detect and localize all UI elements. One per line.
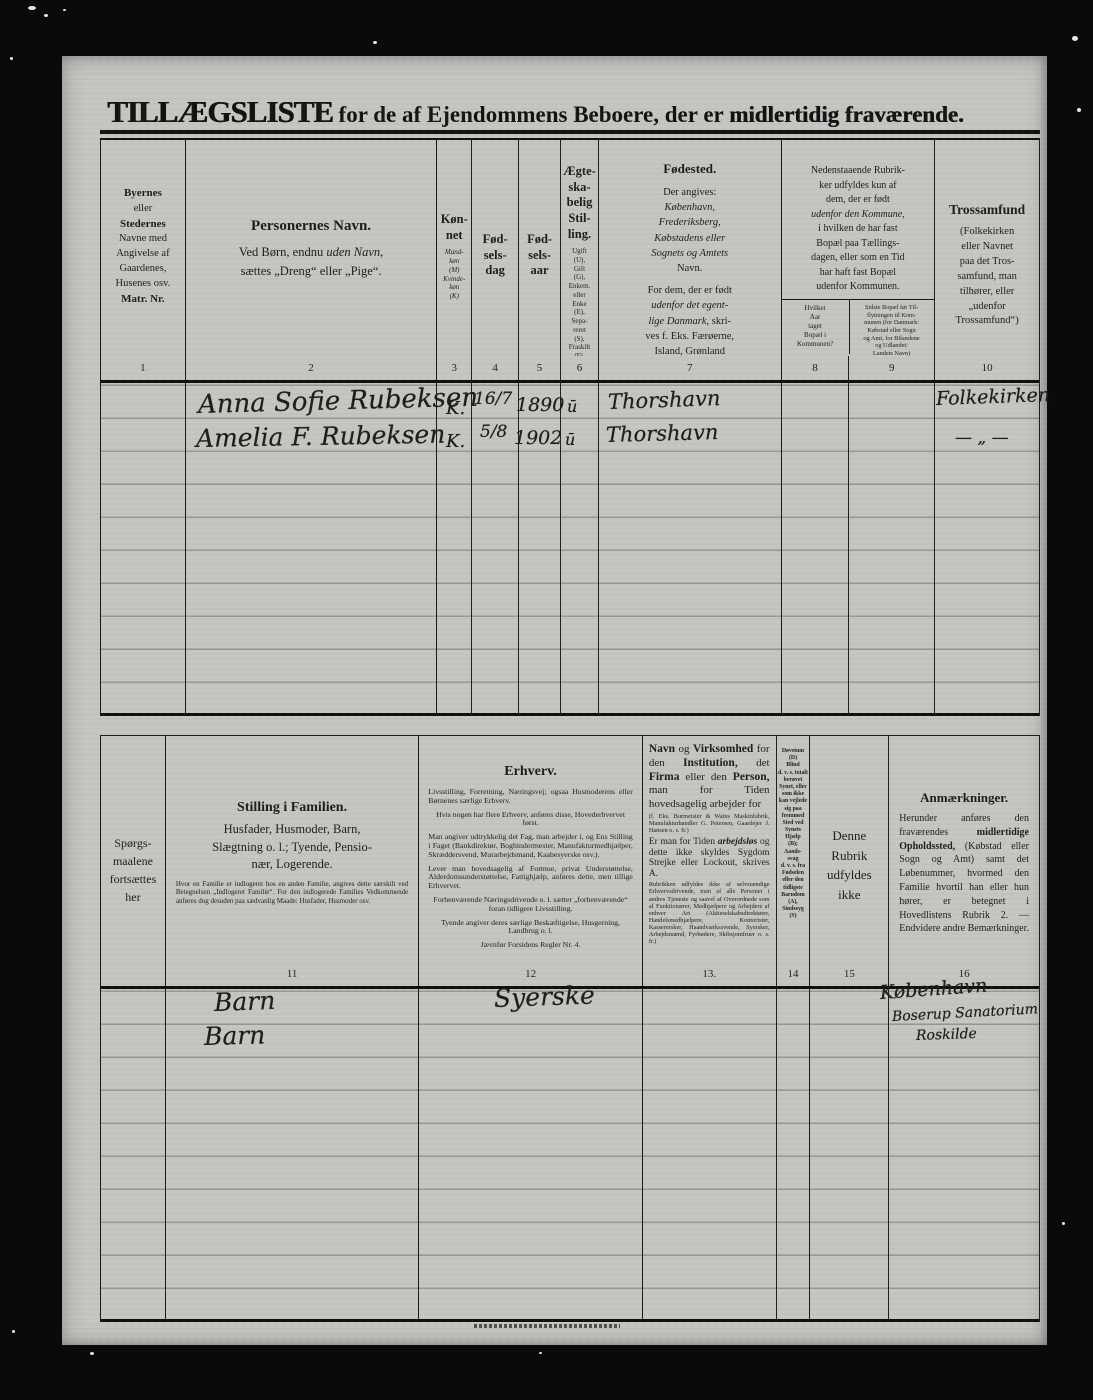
dust-speck (12, 1330, 15, 1333)
col16-text: (Købstad eller Sogn og Amt) samt det Løb… (899, 841, 1029, 935)
col-number-13: 13. (643, 962, 777, 986)
col7-paragraph1: Der angives: København, Frederiksberg, K… (599, 185, 781, 276)
col2-sub-text: Ved Børn, endnu (239, 245, 327, 259)
form-page: TILLÆGSLISTE for de af Ejendommens Beboe… (62, 56, 1047, 1345)
dust-speck (90, 1352, 94, 1355)
continuation-label-cell: Spørgs- maalene fortsættes her (101, 736, 166, 962)
handwritten-status-row1: ū (567, 397, 577, 416)
col-number-2: 2 (186, 356, 437, 380)
handwritten-birthyear-row1: 1890 (516, 394, 564, 416)
col14-header-disabilities: Døvstum (D) Blind d. v. s. totalt berøve… (777, 736, 811, 962)
col7-title: Fødested. (599, 160, 781, 179)
col13-text: eller den (679, 771, 732, 783)
form-title-brand: TILLÆGSLISTE (107, 94, 333, 129)
col13-italic: arbejdsløs (718, 837, 758, 847)
col-number-5: 5 (519, 356, 561, 380)
col1-line: eller (101, 202, 185, 217)
dust-speck (1077, 108, 1081, 112)
col-number-3: 3 (437, 356, 472, 380)
col2-header-name: Personernes Navn. Ved Børn, endnu uden N… (186, 140, 437, 356)
handwritten-occupation-row1: Syerske (493, 980, 595, 1012)
col8-9-italic: udenfor den Kommune, (811, 209, 905, 220)
handwritten-birthplace-row2: Thorshavn (606, 420, 719, 447)
col8-subheader: Hvilket Aar taget Bopæl i Kommunen? (782, 300, 850, 354)
col2-subtitle: Ved Børn, endnu uden Navn, sættes „Dreng… (186, 243, 436, 282)
col6-title: Ægte- ska- belig Stil- ling. (561, 164, 598, 242)
col13-text: Er man for Tiden (649, 837, 718, 847)
col1-header-place: Byernes eller Stedernes Navne med Angive… (101, 140, 186, 356)
col7-text: Navn. (677, 263, 702, 274)
col4-header-birthday: Fød- sels- dag (472, 140, 519, 356)
col2-sub-text: , (380, 245, 383, 259)
col13-bold: Virksomhed (693, 743, 753, 755)
dust-speck (1062, 1222, 1065, 1225)
col5-title: Fød- sels- aar (519, 232, 560, 279)
col13-header-employer: Navn og Virksomhed for den Institution, … (643, 736, 777, 962)
continuation-label: Spørgs- maalene fortsættes her (101, 834, 165, 906)
col10-header-religion: Trossamfund (Folkekirken eller Navnet pa… (935, 140, 1039, 356)
col-number-blank (101, 962, 166, 986)
handwritten-religion-row1: Folkekirken (936, 384, 1051, 410)
col2-title: Personernes Navn. (186, 218, 436, 235)
col15-header-not-filled: Denne Rubrik udfyldes ikke (810, 736, 889, 962)
col13-text: og (675, 743, 693, 755)
handwritten-name-row2: Amelia F. Rubeksen (196, 420, 446, 453)
col3-fine-print: Mand- køn (M) Kvinde- køn (K) (437, 248, 471, 301)
col13-paragraph: Er man for Tiden arbejdsløs og dette ikk… (649, 837, 770, 880)
dust-speck (10, 57, 13, 60)
col3-title: Køn- net (437, 212, 471, 243)
col13-heading: Navn og Virksomhed for den Institution, … (649, 743, 770, 811)
col12-header-occupation: Erhverv. Livsstilling, Forretning, Nærin… (419, 736, 643, 962)
col-number-1: 1 (101, 356, 186, 380)
col-number-8: 8 (782, 356, 850, 380)
printer-imprint (474, 1324, 620, 1328)
body-col12 (419, 989, 643, 1319)
col14-fine-print: Døvstum (D) Blind d. v. s. totalt berøve… (777, 748, 810, 921)
col12-paragraph: Livsstilling, Forretning, Næringsvej; og… (428, 788, 633, 806)
handwritten-birthday-row1: 16/7 (474, 389, 512, 409)
col8-9-header-group: Nedenstaaende Rubrik- ker udfyldes kun a… (782, 140, 936, 356)
col3-header-sex: Køn- net Mand- køn (M) Kvinde- køn (K) (437, 140, 472, 356)
col13-fine-print: Rubrikken udfyldes ikke af selvstændige … (649, 881, 770, 944)
col13-text: man for Tiden hovedsagelig arbejder for (649, 784, 770, 809)
col13-bold: Person, (733, 771, 770, 783)
col12-paragraph: Forhenværende Næringsdrivende o. l. sætt… (428, 896, 633, 914)
col13-bold: Navn (649, 743, 675, 755)
handwritten-birthday-row2: 5/8 (480, 422, 507, 442)
body-col0 (101, 989, 166, 1319)
col13-bold: Institution, (683, 757, 738, 769)
col8-9-text: Nedenstaaende Rubrik- ker udfyldes kun a… (811, 165, 905, 205)
col-number-11: 11 (166, 962, 419, 986)
col1-line: Navne med Angivelse af Gaardenes, Husene… (101, 232, 185, 292)
col13-bold: Firma (649, 771, 680, 783)
col4-title: Fød- sels- dag (472, 232, 518, 279)
col9-subheader: Sidste Bopæl før Til- flytningen til Kom… (850, 300, 934, 354)
col1-line: Byernes (101, 186, 185, 202)
scanned-census-form: { "title": { "brand": "TILLÆGSLISTE", "m… (0, 0, 1093, 1400)
col6-header-marital: Ægte- ska- belig Stil- ling. Ugift (U), … (561, 140, 599, 356)
col10-title: Trossamfund (935, 202, 1039, 218)
col16-title: Anmærkninger. (899, 790, 1029, 806)
handwritten-birthplace-row1: Thorshavn (608, 386, 721, 414)
upper-table-number-row: 1 2 3 4 5 6 7 8 9 10 (101, 356, 1039, 380)
col1-line: Stedernes (101, 217, 185, 233)
col7-text: For dem, der er født (648, 285, 732, 296)
col-number-6: 6 (561, 356, 599, 380)
col11-fine-print: Hvor en Familie er indlogeret hos en and… (176, 880, 408, 906)
form-title-mid: for de af Ejendommens Beboere, der er (333, 102, 729, 127)
col11-subtitle: Husfader, Husmoder, Barn, Slægtning o. l… (166, 821, 418, 874)
body-col8 (782, 383, 850, 713)
col-number-10: 10 (935, 356, 1039, 380)
col15-label: Denne Rubrik udfyldes ikke (810, 826, 888, 904)
handwritten-remark-row2-line2: Roskilde (916, 1026, 977, 1044)
dust-speck (373, 41, 377, 44)
handwritten-sex-row2: K. (446, 431, 465, 452)
form-title: TILLÆGSLISTE for de af Ejendommens Beboe… (107, 94, 1042, 130)
col7-header-birthplace: Fødested. Der angives: København, Freder… (599, 140, 782, 356)
dust-speck (539, 1352, 542, 1354)
col13-text: det (738, 757, 770, 769)
body-col14 (777, 989, 811, 1319)
body-col1 (101, 383, 186, 713)
col10-subtitle: (Folkekirken eller Navnet paa det Tros- … (935, 225, 1039, 329)
col-number-15: 15 (810, 962, 889, 986)
col2-sub-italic: uden Navn (326, 245, 380, 259)
col1-line: Matr. Nr. (101, 292, 185, 308)
col13-fine-print: (f. Eks. Burmeister & Wains Maskinfabrik… (649, 813, 770, 834)
col7-italic: København, Frederiksberg, Købstadens ell… (651, 202, 728, 259)
dust-speck (28, 6, 36, 10)
col11-header-family-position: Stilling i Familien. Husfader, Husmoder,… (166, 736, 419, 962)
col12-paragraph: Lever man hovedsagelig af Formue, privat… (428, 865, 633, 891)
form-title-end: midlertidig fraværende. (729, 102, 964, 127)
dust-speck (44, 14, 48, 17)
dust-speck (63, 9, 66, 11)
body-col13 (643, 989, 777, 1319)
lower-table-header: Spørgs- maalene fortsættes her Stilling … (101, 736, 1039, 962)
col8-9-shared-header: Nedenstaaende Rubrik- ker udfyldes kun a… (782, 140, 935, 300)
col11-title: Stilling i Familien. (166, 800, 418, 816)
col12-paragraph: Jævnfør Forsidens Regler Nr. 4. (428, 941, 633, 950)
col8-9-subheaders: Hvilket Aar taget Bopæl i Kommunen? Sids… (782, 300, 935, 354)
title-divider-rule (100, 130, 1040, 140)
col8-9-text: i hvilken de har fast Bopæl paa Tællings… (811, 223, 905, 292)
handwritten-position-row1: Barn (213, 986, 275, 1017)
handwritten-status-row2: ū (565, 430, 575, 449)
col7-text: Der angives: (663, 187, 716, 198)
handwritten-religion-ditto-row2: — „ — (955, 428, 1009, 448)
col12-paragraph: Hvis nogen har flere Erhverv, anføres di… (428, 811, 633, 829)
body-col15 (810, 989, 889, 1319)
col16-body: Herunder anføres den fraværendes midlert… (899, 812, 1029, 936)
handwritten-sex-row1: K. (446, 398, 465, 419)
col12-paragraph: Tyende angiver deres særlige Beskæftigel… (428, 919, 633, 937)
col-number-9: 9 (849, 356, 935, 380)
col12-paragraph: Man angiver udtrykkelig det Fag, man arb… (428, 833, 633, 859)
col2-sub-text: sættes „Dreng“ eller „Pige“. (241, 264, 382, 278)
dust-speck (1072, 36, 1078, 41)
col5-header-birthyear: Fød- sels- aar (519, 140, 561, 356)
body-col9 (849, 383, 935, 713)
handwritten-position-row2: Barn (204, 1020, 266, 1051)
handwritten-birthyear-row2: 1902 (514, 427, 562, 449)
col-number-14: 14 (777, 962, 811, 986)
col12-title: Erhverv. (428, 764, 633, 780)
col-number-4: 4 (472, 356, 519, 380)
col6-fine-print: Ugift (U), Gift (G), Enkem. eller Enke (… (561, 247, 598, 356)
upper-table-header: Byernes eller Stedernes Navne med Angive… (101, 140, 1039, 356)
col-number-7: 7 (599, 356, 782, 380)
col7-paragraph2: For dem, der er født udenfor det egent- … (599, 283, 781, 356)
col16-header-remarks: Anmærkninger. Herunder anføres den fravæ… (889, 736, 1039, 962)
